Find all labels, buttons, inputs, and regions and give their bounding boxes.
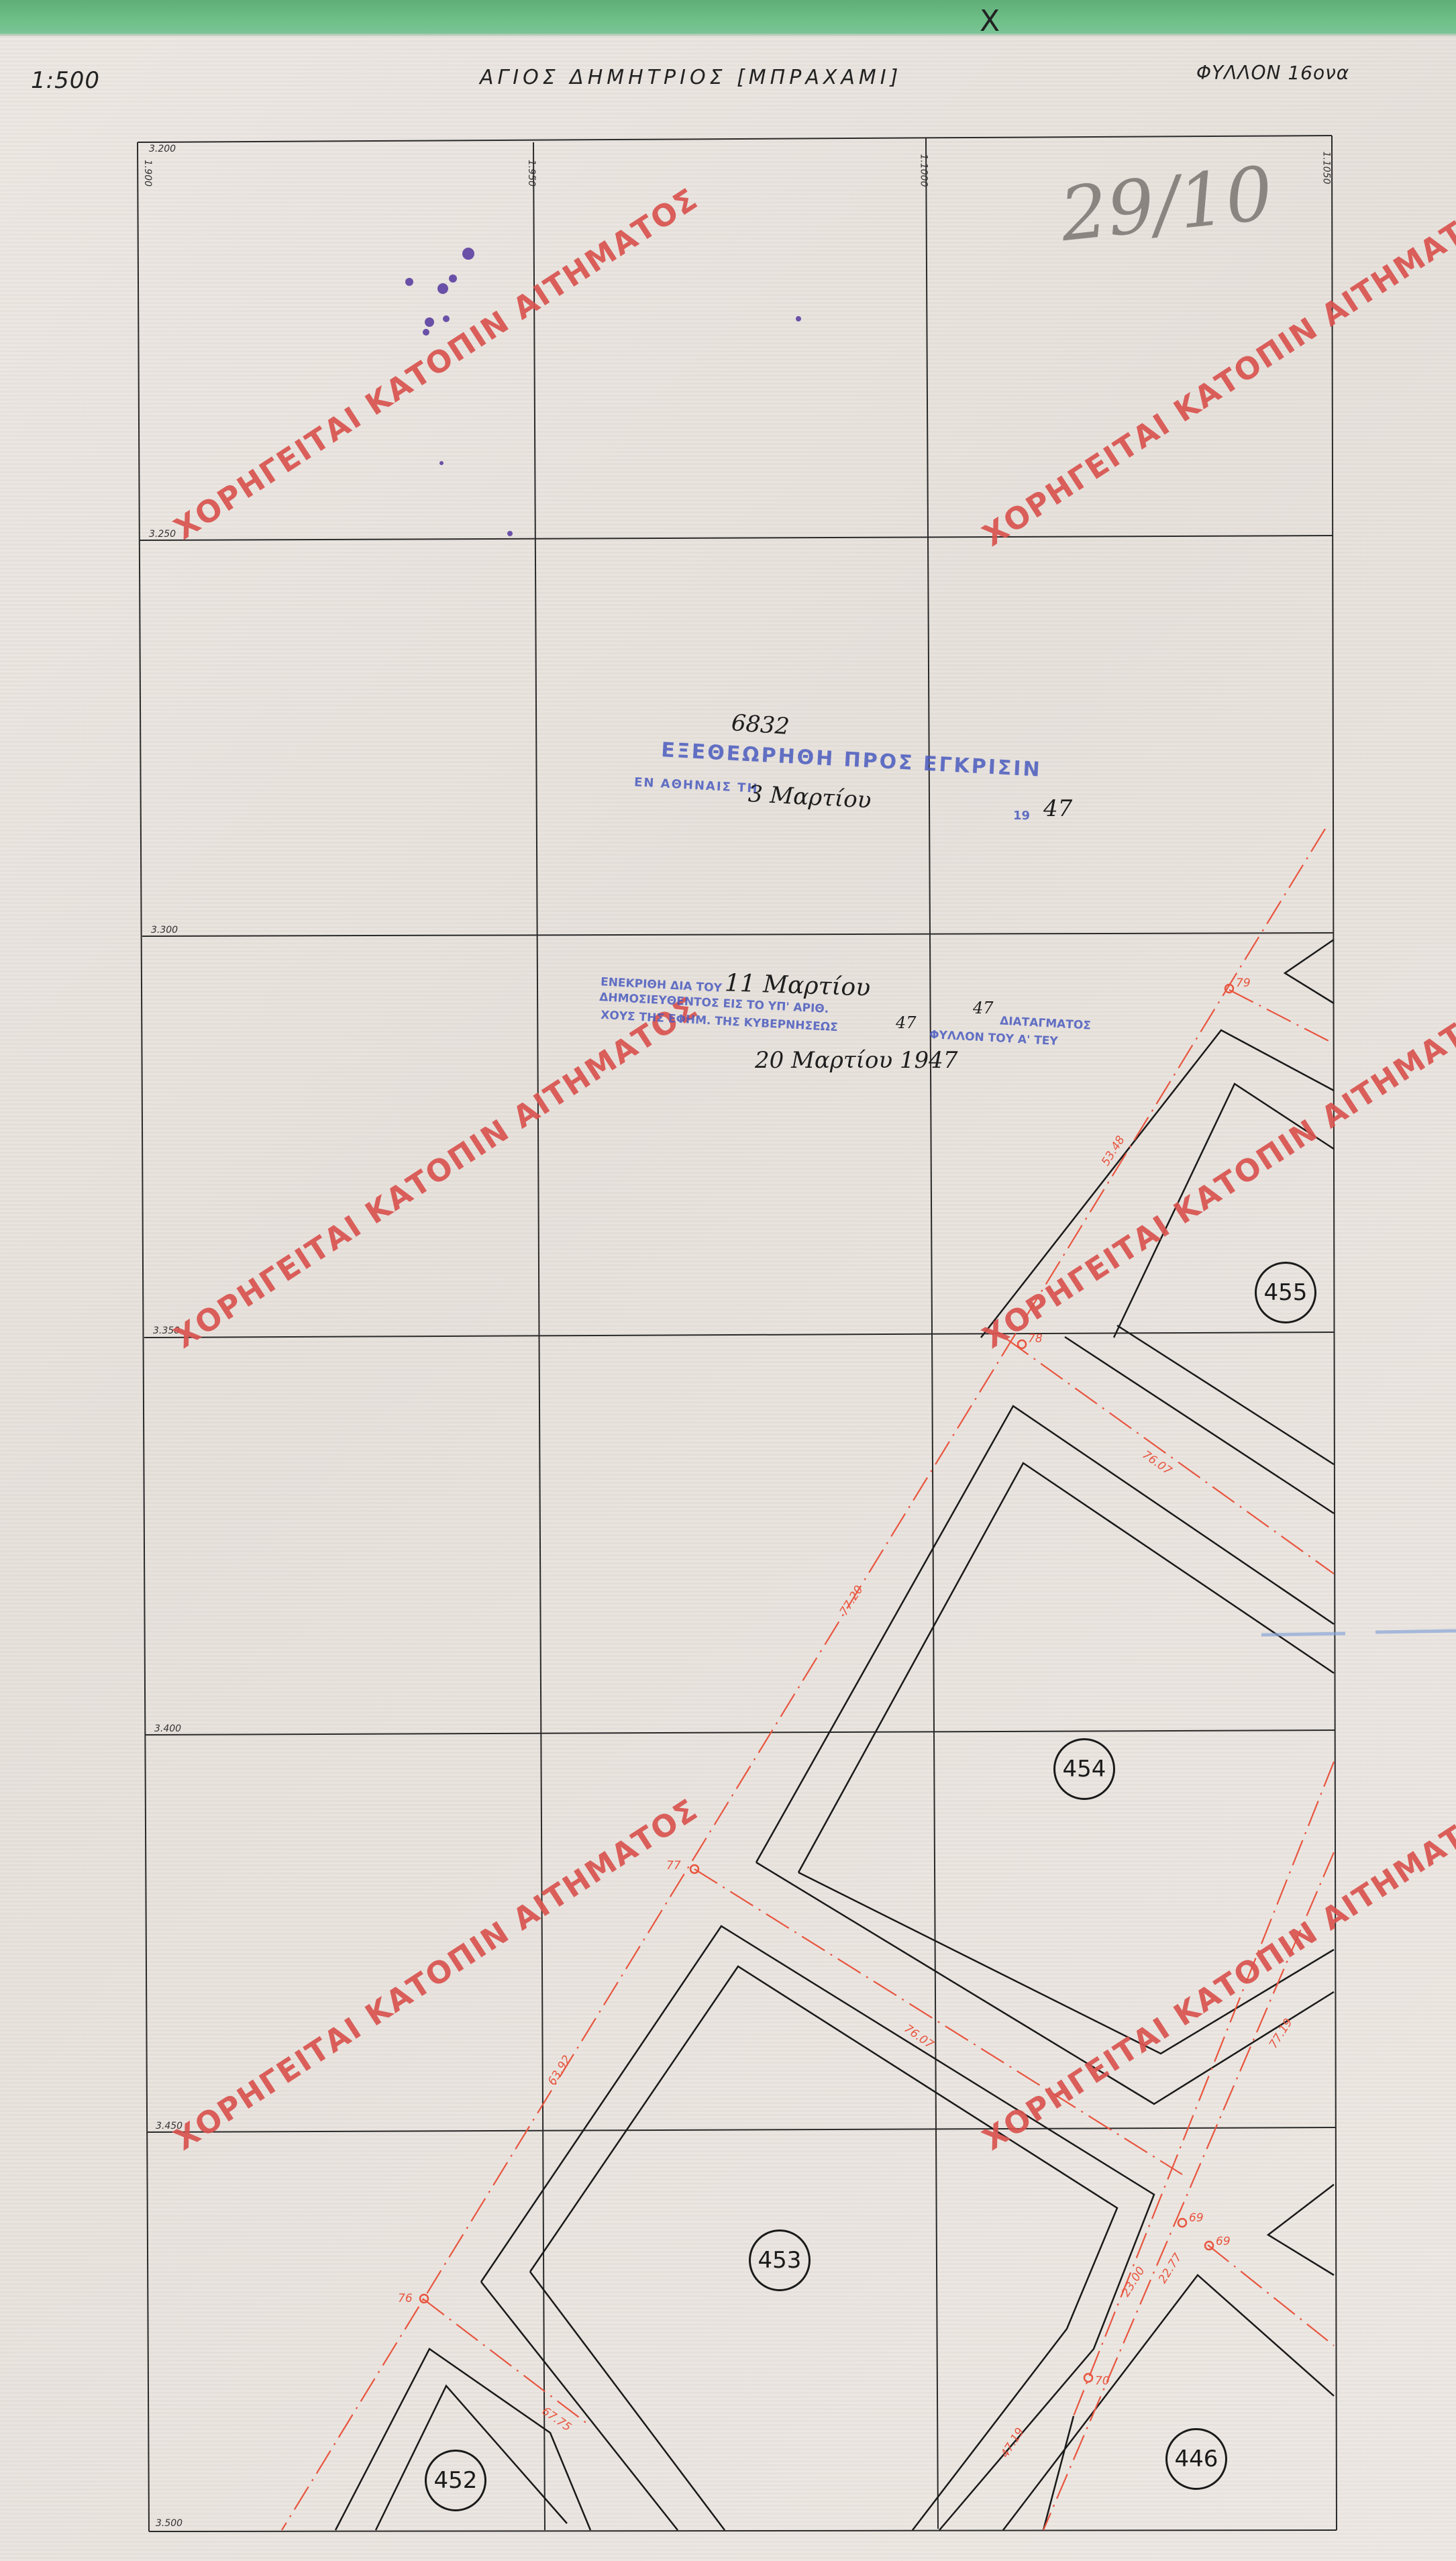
stamp-approval-date: 11 Μαρτίου (724, 969, 870, 1002)
survey-point-number: 70 (1095, 2374, 1110, 2388)
grid-label-x: 1.900 (142, 160, 153, 187)
grid-lines (138, 136, 1337, 2531)
grid-label-y: 3.300 (151, 925, 178, 936)
block-outlines (335, 940, 1334, 2530)
block-label: 452 (425, 2450, 486, 2511)
survey-points (420, 985, 1233, 2382)
survey-point-number: 78 (1028, 1332, 1043, 1346)
survey-point-number: 69 (1189, 2211, 1204, 2225)
grid-label-y: 3.200 (149, 144, 176, 154)
stamp-approval-issue: 47 (896, 1013, 917, 1032)
grid-label-y: 3.250 (149, 529, 176, 540)
stamp-approval-year: 47 (973, 999, 994, 1017)
survey-point-number: 79 (1236, 976, 1251, 990)
stamp-review-year: 47 (1043, 795, 1072, 822)
stamp-approval-signature-date: 20 Μαρτίου 1947 (755, 1047, 957, 1074)
survey-axes (282, 829, 1334, 2530)
grid-label-y: 3.400 (154, 1723, 181, 1734)
grid-label-x: 1.1000 (919, 154, 929, 187)
grid-label-x: 1.950 (526, 160, 537, 187)
stamp-review-number: 6832 (731, 709, 790, 740)
block-label: 455 (1255, 1262, 1316, 1323)
survey-point-number: 76 (398, 2292, 413, 2305)
survey-point-number: 69 (1216, 2235, 1231, 2248)
grid-label-y: 3.500 (156, 2518, 183, 2529)
ink-blots (405, 248, 801, 536)
block-label: 454 (1053, 1738, 1115, 1800)
block-label: 453 (749, 2229, 811, 2291)
block-label: 446 (1165, 2428, 1227, 2490)
blue-ink-mark (1261, 1631, 1456, 1635)
survey-point-number: 77 (666, 1859, 681, 1872)
stamp-review-year-prefix: 19 (1013, 809, 1030, 823)
grid-label-x: 1.1050 (1321, 152, 1332, 185)
